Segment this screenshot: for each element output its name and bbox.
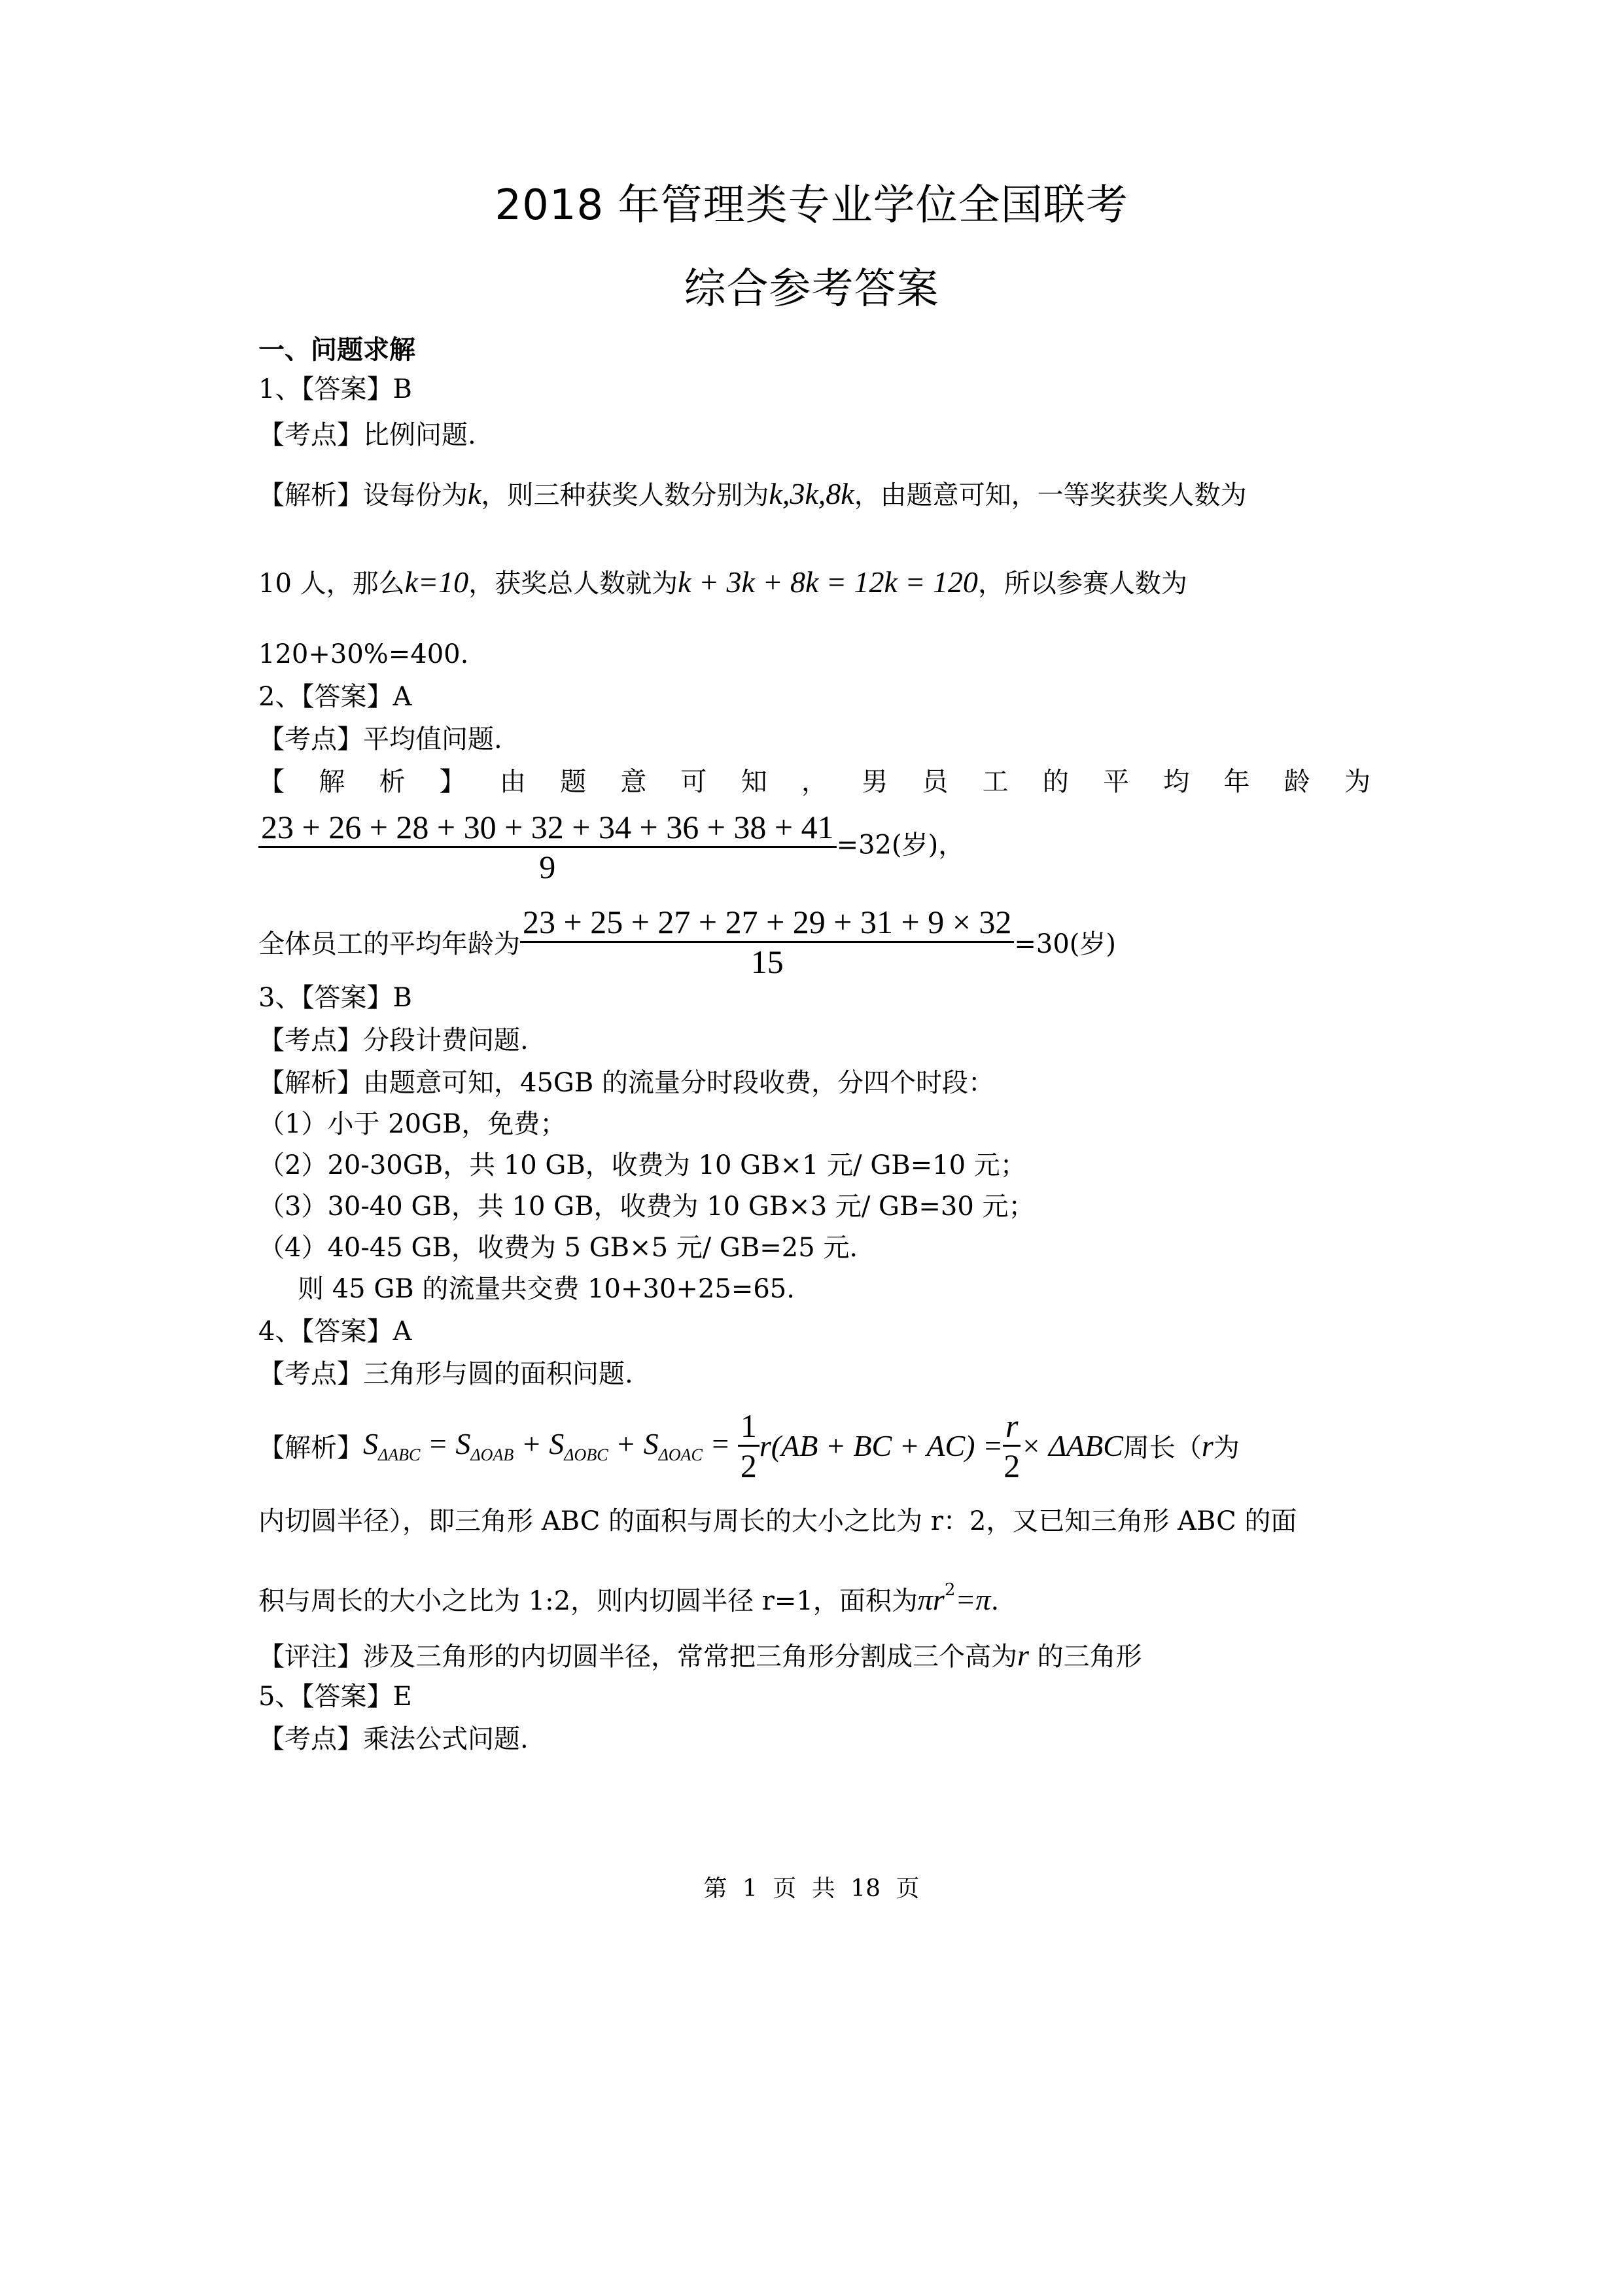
q2-analysis-char: 析 <box>379 766 405 798</box>
subscript: ΔOBC <box>564 1445 608 1464</box>
superscript: 2 <box>945 1580 956 1600</box>
q1-answer: 1、【答案】B <box>258 373 412 406</box>
q3-analysis: 【解析】由题意可知，45GB 的流量分时段收费，分四个时段： <box>258 1067 994 1099</box>
q1-text: ，由题意可知，一等奖获奖人数为 <box>854 480 1247 510</box>
fraction-numerator: 1 <box>738 1407 759 1445</box>
section-heading: 一、问题求解 <box>258 334 415 366</box>
q4-text: . <box>990 1586 999 1616</box>
document-subtitle: 综合参考答案 <box>0 255 1623 315</box>
q1-topic: 【考点】比例问题. <box>258 419 476 451</box>
q2-fraction-male: 23 + 26 + 28 + 30 + 32 + 34 + 36 + 38 + … <box>258 808 964 886</box>
q2-analysis-char: 由 <box>500 766 526 798</box>
q4-text: 【解析】 <box>258 1433 363 1463</box>
fraction-numerator: r <box>1003 1407 1021 1445</box>
q2-analysis-char: 年 <box>1224 766 1250 798</box>
q2-analysis-char: 】 <box>440 766 466 798</box>
fraction-r-half: r 2 <box>1003 1407 1021 1485</box>
math-pi-eq: =π <box>955 1583 990 1616</box>
q2-analysis-char: 题 <box>560 766 586 798</box>
q2-analysis-char: ， <box>801 766 828 798</box>
q5-topic: 【考点】乘法公式问题. <box>258 1723 529 1756</box>
math-s: S <box>549 1427 564 1460</box>
math-r: r <box>1017 1638 1029 1672</box>
math-pi-r: πr <box>918 1583 945 1616</box>
fraction-denominator: 2 <box>1003 1447 1020 1485</box>
fraction-denominator: 9 <box>539 848 555 886</box>
q3-step-3: （3）30-40 GB，共 10 GB，收费为 10 GB×3 元/ GB=30… <box>258 1190 1035 1223</box>
q3-conclusion: 则 45 GB 的流量共交费 10+30+25=65. <box>298 1273 795 1305</box>
q4-text: 【评注】涉及三角形的内切圆半径，常常把三角形分割成三个高为 <box>258 1642 1017 1672</box>
math-sum-eq: k + 3k + 8k = 12k = 120 <box>678 565 978 599</box>
q1-analysis-line3: 120+30%=400. <box>258 638 468 671</box>
q3-step-1: （1）小于 20GB，免费； <box>258 1108 566 1140</box>
math-k-list: k,3k,8k <box>769 477 854 510</box>
q2-analysis-char: 意 <box>620 766 646 798</box>
document-page: 2018 年管理类专业学位全国联考 综合参考答案 一、问题求解 1、【答案】B … <box>0 0 1623 2296</box>
math-r: r <box>1202 1429 1213 1462</box>
q2-topic: 【考点】平均值问题. <box>258 723 502 756</box>
math-times-abc: × ΔABC <box>1021 1429 1123 1462</box>
q4-text: 的三角形 <box>1029 1642 1142 1672</box>
document-title: 2018 年管理类专业学位全国联考 <box>0 171 1623 232</box>
q4-text: 周长（ <box>1123 1433 1202 1463</box>
q2-analysis-char: 员 <box>922 766 948 798</box>
q2-analysis-line1: 【解析】由题意可知，男员工的平均年龄为 <box>258 766 1370 798</box>
q3-answer: 3、【答案】B <box>258 981 412 1014</box>
q2-text: 全体员工的平均年龄为 <box>258 929 520 959</box>
q1-text: ，则三种获奖人数分别为 <box>481 480 769 510</box>
math-k: k <box>468 477 481 510</box>
fraction: 23 + 26 + 28 + 30 + 32 + 34 + 36 + 38 + … <box>258 808 837 886</box>
q4-answer: 4、【答案】A <box>258 1315 411 1348</box>
q1-text: 【解析】设每份为 <box>258 480 468 510</box>
q4-comment: 【评注】涉及三角形的内切圆半径，常常把三角形分割成三个高为r 的三角形 <box>258 1639 1142 1673</box>
q2-analysis-char: 龄 <box>1284 766 1310 798</box>
fraction-denominator: 2 <box>741 1447 757 1485</box>
math-r-expr: r(AB + BC + AC) = <box>759 1429 1003 1462</box>
q1-text: ，获奖总人数就为 <box>468 569 678 599</box>
math-area-eq: SΔABC = SΔOAB + SΔOBC + SΔOAC = <box>363 1427 738 1460</box>
q3-topic: 【考点】分段计费问题. <box>258 1024 529 1057</box>
q4-analysis-line3: 积与周长的大小之比为 1:2，则内切圆半径 r=1，面积为πr2=π. <box>258 1574 999 1617</box>
fraction-denominator: 15 <box>751 943 784 981</box>
q4-topic: 【考点】三角形与圆的面积问题. <box>258 1358 633 1390</box>
q2-result: =30(岁) <box>1014 929 1116 959</box>
math-s: S <box>363 1427 378 1460</box>
fraction-numerator: 23 + 25 + 27 + 27 + 29 + 31 + 9 × 32 <box>520 903 1014 941</box>
q2-analysis-char: 为 <box>1344 766 1370 798</box>
math-s: S <box>644 1427 659 1460</box>
fraction-numerator: 23 + 26 + 28 + 30 + 32 + 34 + 36 + 38 + … <box>258 808 837 846</box>
q2-analysis-char: 男 <box>862 766 888 798</box>
math-k-eq: k=10 <box>405 565 468 599</box>
q2-analysis-char: 的 <box>1043 766 1069 798</box>
subscript: ΔABC <box>378 1445 420 1464</box>
subscript: ΔOAB <box>470 1445 514 1464</box>
q1-analysis-line2: 10 人，那么k=10，获奖总人数就为k + 3k + 8k = 12k = 1… <box>258 566 1187 600</box>
q4-analysis-line2: 内切圆半径），即三角形 ABC 的面积与周长的大小之比为 r：2，又已知三角形 … <box>258 1505 1297 1538</box>
q4-analysis-line1: 【解析】SΔABC = SΔOAB + SΔOBC + SΔOAC = 1 2 … <box>258 1407 1240 1485</box>
q1-analysis-line1: 【解析】设每份为k，则三种获奖人数分别为k,3k,8k，由题意可知，一等奖获奖人… <box>258 478 1247 512</box>
q2-result: =32(岁)， <box>837 830 965 860</box>
q4-text: 积与周长的大小之比为 1:2，则内切圆半径 r=1，面积为 <box>258 1586 918 1616</box>
q5-answer: 5、【答案】E <box>258 1680 412 1713</box>
subscript: ΔOAC <box>659 1445 703 1464</box>
q2-fraction-all: 全体员工的平均年龄为 23 + 25 + 27 + 27 + 29 + 31 +… <box>258 903 1116 981</box>
q2-analysis-char: 【 <box>258 766 285 798</box>
q2-analysis-char: 解 <box>319 766 345 798</box>
q2-analysis-char: 可 <box>681 766 707 798</box>
q2-analysis-char: 工 <box>983 766 1009 798</box>
q3-step-4: （4）40-45 GB，收费为 5 GB×5 元/ GB=25 元. <box>258 1231 858 1264</box>
q2-answer: 2、【答案】A <box>258 680 411 713</box>
q1-text: 10 人，那么 <box>258 569 405 599</box>
q2-analysis-char: 均 <box>1163 766 1189 798</box>
q3-step-2: （2）20-30GB，共 10 GB，收费为 10 GB×1 元/ GB=10 … <box>258 1149 1026 1182</box>
fraction-half: 1 2 <box>738 1407 759 1485</box>
math-s: S <box>455 1427 470 1460</box>
fraction: 23 + 25 + 27 + 27 + 29 + 31 + 9 × 32 15 <box>520 903 1014 981</box>
q1-text: ，所以参赛人数为 <box>978 569 1187 599</box>
q2-analysis-char: 平 <box>1103 766 1129 798</box>
q2-analysis-char: 知 <box>741 766 767 798</box>
page-footer: 第 1 页 共 18 页 <box>0 1870 1623 1903</box>
q4-text: 为 <box>1213 1433 1240 1463</box>
